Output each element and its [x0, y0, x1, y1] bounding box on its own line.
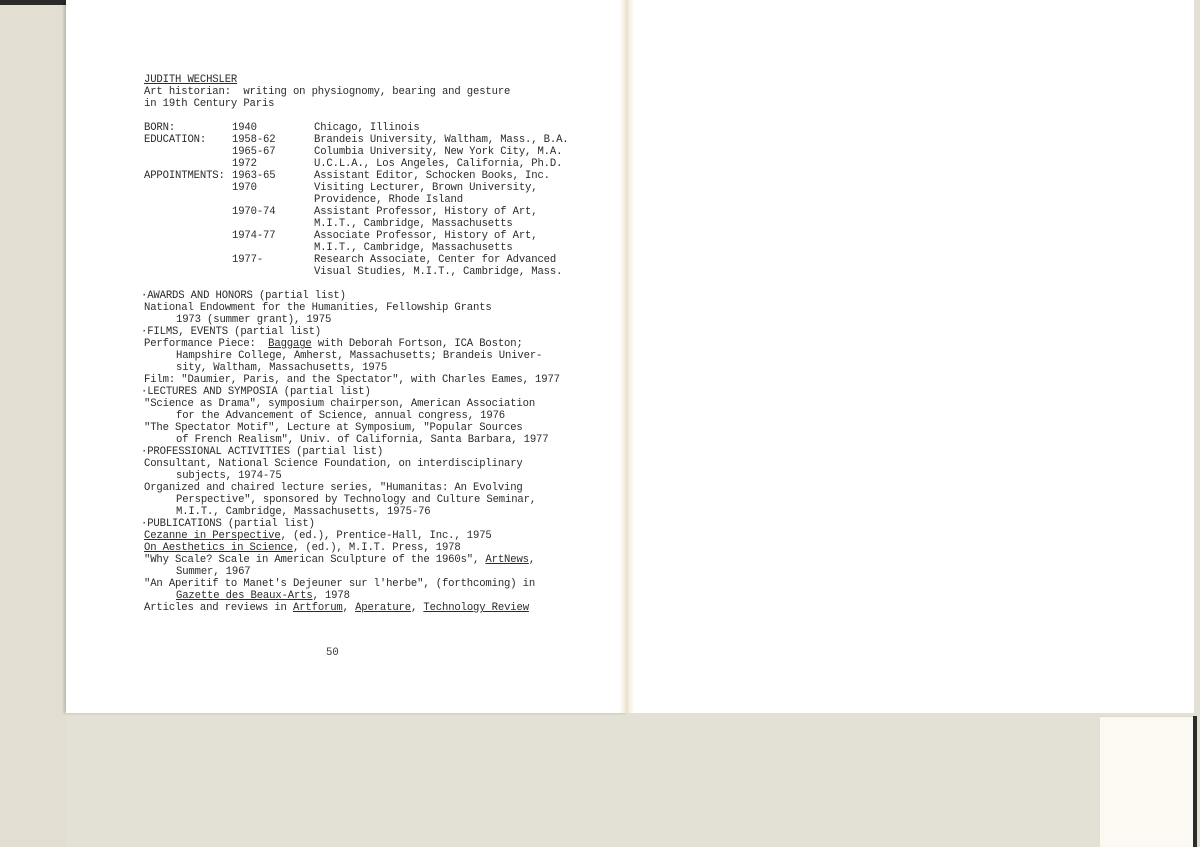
fact-row: M.I.T., Cambridge, Massachusetts	[144, 218, 614, 230]
professional-line-cont: subjects, 1974-75	[144, 470, 614, 482]
journal-title: Aperature	[355, 602, 411, 614]
fact-row: Providence, Rhode Island	[144, 194, 614, 206]
journal-title: Artforum	[293, 602, 343, 614]
cv-name: JUDITH WECHSLER	[144, 74, 614, 86]
publication-line: "An Aperitif to Manet's Dejeuner sur l'h…	[144, 578, 614, 590]
fact-row: 1970-74Assistant Professor, History of A…	[144, 206, 614, 218]
cv-text: JUDITH WECHSLER Art historian: writing o…	[144, 74, 614, 614]
fact-row: APPOINTMENTS:1963-65Assistant Editor, Sc…	[144, 170, 614, 182]
fact-row: 1972U.C.L.A., Los Angeles, California, P…	[144, 158, 614, 170]
fact-row: 1977-Research Associate, Center for Adva…	[144, 254, 614, 266]
intro-line-2: in 19th Century Paris	[144, 98, 614, 110]
fact-row: EDUCATION:1958-62Brandeis University, Wa…	[144, 134, 614, 146]
facts-table: BORN:1940Chicago, Illinois EDUCATION:195…	[144, 122, 614, 278]
performance-title: Baggage	[268, 338, 311, 350]
book-title: Cezanne in Perspective	[144, 530, 281, 542]
publication-line: Cezanne in Perspective, (ed.), Prentice-…	[144, 530, 614, 542]
performance-line-cont: sity, Waltham, Massachusetts, 1975	[144, 362, 614, 374]
performance-line: Performance Piece: Baggage with Deborah …	[144, 338, 614, 350]
publication-line-cont: Gazette des Beaux-Arts, 1978	[144, 590, 614, 602]
film-line: Film: "Daumier, Paris, and the Spectator…	[144, 374, 614, 386]
films-heading: ·FILMS, EVENTS (partial list)	[141, 326, 614, 338]
awards-heading: ·AWARDS AND HONORS (partial list)	[141, 290, 614, 302]
fact-row: 1965-67Columbia University, New York Cit…	[144, 146, 614, 158]
lecture-line-cont: of French Realism", Univ. of California,…	[144, 434, 614, 446]
lecture-line: "The Spectator Motif", Lecture at Sympos…	[144, 422, 614, 434]
professional-heading: ·PROFESSIONAL ACTIVITIES (partial list)	[141, 446, 614, 458]
lectures-heading: ·LECTURES AND SYMPOSIA (partial list)	[141, 386, 614, 398]
book-title: On Aesthetics in Science	[144, 542, 293, 554]
publication-line: "Why Scale? Scale in American Sculpture …	[144, 554, 614, 566]
performance-line-cont: Hampshire College, Amherst, Massachusett…	[144, 350, 614, 362]
awards-line: National Endowment for the Humanities, F…	[144, 302, 614, 314]
intro-line-1: Art historian: writing on physiognomy, b…	[144, 86, 614, 98]
publication-line: On Aesthetics in Science, (ed.), M.I.T. …	[144, 542, 614, 554]
journal-title: Technology Review	[423, 602, 529, 614]
fact-row: 1974-77Associate Professor, History of A…	[144, 230, 614, 242]
awards-line: 1973 (summer grant), 1975	[144, 314, 614, 326]
scan-background-left	[0, 5, 66, 847]
professional-line-cont: M.I.T., Cambridge, Massachusetts, 1975-7…	[144, 506, 614, 518]
publication-line: Articles and reviews in Artforum, Aperat…	[144, 602, 614, 614]
scan-right-edge	[1193, 716, 1197, 847]
lecture-line: "Science as Drama", symposium chairperso…	[144, 398, 614, 410]
fact-row: Visual Studies, M.I.T., Cambridge, Mass.	[144, 266, 614, 278]
fact-row: BORN:1940Chicago, Illinois	[144, 122, 614, 134]
journal-title: ArtNews	[485, 554, 528, 566]
right-page-blank	[634, 0, 1194, 713]
professional-line: Organized and chaired lecture series, "H…	[144, 482, 614, 494]
professional-line-cont: Perspective", sponsored by Technology an…	[144, 494, 614, 506]
fact-row: M.I.T., Cambridge, Massachusetts	[144, 242, 614, 254]
professional-line: Consultant, National Science Foundation,…	[144, 458, 614, 470]
book-gutter	[620, 0, 634, 713]
publication-line-cont: Summer, 1967	[144, 566, 614, 578]
page-number: 50	[326, 647, 339, 659]
lecture-line-cont: for the Advancement of Science, annual c…	[144, 410, 614, 422]
journal-title: Gazette des Beaux-Arts	[176, 590, 313, 602]
fact-row: 1970Visiting Lecturer, Brown University,	[144, 182, 614, 194]
next-page-edge	[1100, 716, 1193, 847]
publications-heading: ·PUBLICATIONS (partial list)	[141, 518, 614, 530]
